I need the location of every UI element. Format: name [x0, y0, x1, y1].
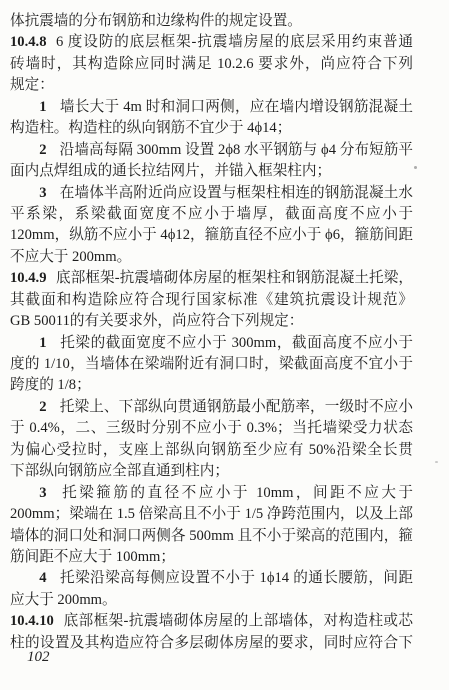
text-line: 规定：: [10, 75, 413, 96]
text-line: 于 0.4%，二、三级时分别不应小于 0.3%；当托墙梁受力状态: [10, 418, 413, 439]
item-number: 1: [39, 99, 46, 115]
text-line: 构造柱。构造柱的纵向钢筋不宜少于 4ϕ14；: [10, 118, 413, 139]
list-item-line: 4托梁沿梁高每侧应设置不小于 1ϕ14 的通长腰筋，间距不: [10, 568, 413, 589]
line-text: GB 50011的有关要求外，尚应符合下列规定：: [10, 313, 303, 329]
page-number: 102: [27, 649, 50, 666]
text-line: 平系梁，系梁截面宽度不应小于墙厚，截面高度不应小于: [10, 204, 413, 225]
item-number: 3: [39, 185, 46, 201]
text-line: 度的 1/10，当墙体在梁端附近有洞口时，梁截面高度不宜小于: [10, 354, 413, 375]
line-text: 在墙体半高附近尚应设置与框架柱相连的钢筋混凝土水: [60, 185, 413, 201]
line-text: 其截面和构造除应符合现行国家标准《建筑抗震设计规范》: [10, 292, 413, 308]
line-text: 托梁上、下部纵向贯通钢筋最小配筋率，一级时不应小: [60, 399, 413, 415]
section-number: 10.4.10: [10, 613, 54, 629]
line-text: 下部纵向钢筋应全部直通到柱内；: [10, 463, 229, 479]
item-number: 2: [39, 142, 46, 158]
text-line: 下部纵向钢筋应全部直通到柱内；: [10, 461, 413, 482]
list-item-line: 2沿墙高每隔 300mm 设置 2ϕ8 水平钢筋与 ϕ4 分布短筋平: [10, 140, 413, 161]
section-number: 10.4.8: [10, 34, 46, 50]
line-text: 规定：: [10, 77, 54, 93]
list-item-line: 3托梁箍筋的直径不应小于 10mm，间距不应大于: [10, 483, 413, 504]
line-text: 筋间距不应大于 100mm；: [10, 549, 175, 565]
list-item-line: 2托梁上、下部纵向贯通钢筋最小配筋率，一级时不应小: [10, 397, 413, 418]
line-text: 跨度的 1/8；: [10, 377, 91, 393]
line-text: 砖墙时，其构造除应同时满足 10.2.6 要求外，尚应符合下列: [10, 56, 413, 72]
text-line: 跨度的 1/8；: [10, 375, 413, 396]
text-line: 应大于 200mm。: [10, 590, 413, 611]
text-line: 200mm；梁端在 1.5 倍梁高且不小于 1/5 净跨范围内，以及上部: [10, 504, 413, 525]
section-number: 10.4.9: [10, 270, 46, 286]
line-text: 柱的设置及其构造应符合多层砌体房屋的要求，同时应符合下列: [10, 635, 413, 654]
line-text: 度的 1/10，当墙体在梁端附近有洞口时，梁截面高度不宜小于: [10, 356, 413, 372]
scan-speck: [435, 461, 438, 463]
line-text: 面内点焊组成的通长拉结网片，并锚入框架柱内；: [10, 163, 331, 179]
line-text: 为偏心受拉时，支座上部纵向钢筋至少应有 50%沿梁全长贯通，: [10, 442, 413, 461]
item-number: 3: [39, 485, 46, 501]
line-text: 构造柱。构造柱的纵向钢筋不宜少于 4ϕ14；: [10, 120, 291, 136]
line-text: 120mm，纵筋不应小于 4ϕ12，箍筋直径不应小于 ϕ6，箍筋间距: [10, 227, 413, 243]
line-text: 应大于 200mm。: [10, 592, 117, 608]
text-line: 其截面和构造除应符合现行国家标准《建筑抗震设计规范》: [10, 290, 413, 311]
list-item-line: 1墙长大于 4m 时和洞口两侧，应在墙内增设钢筋混凝土: [10, 97, 413, 118]
line-text: 底部框架-抗震墙砌体房屋的框架柱和钢筋混凝土托梁，: [56, 270, 413, 286]
text-line: 面内点焊组成的通长拉结网片，并锚入框架柱内；: [10, 161, 413, 182]
line-text: 托梁沿梁高每侧应设置不小于 1ϕ14 的通长腰筋，间距不: [10, 570, 413, 589]
text-line: 砖墙时，其构造除应同时满足 10.2.6 要求外，尚应符合下列: [10, 54, 413, 75]
document-page: 体抗震墙的分布钢筋和边缘构件的规定设置。 10.4.86 度设防的底层框架-抗震…: [0, 0, 449, 690]
line-text: 墙长大于 4m 时和洞口两侧，应在墙内增设钢筋混凝土: [60, 99, 413, 115]
line-text: 不应大于 200mm。: [10, 249, 131, 265]
list-item-line: 1托梁的截面宽度不应小于 300mm，截面高度不应小于跨: [10, 333, 413, 354]
line-text: 于 0.4%，二、三级时分别不应小于 0.3%；当托墙梁受力状态: [10, 420, 413, 436]
text-column: 体抗震墙的分布钢筋和边缘构件的规定设置。 10.4.86 度设防的底层框架-抗震…: [10, 11, 413, 654]
section-10-4-9-line: 10.4.9底部框架-抗震墙砌体房屋的框架柱和钢筋混凝土托梁，: [10, 268, 413, 289]
line-text: 体抗震墙的分布钢筋和边缘构件的规定设置。: [10, 13, 302, 29]
line-text: 托梁箍筋的直径不应小于 10mm，间距不应大于: [60, 485, 413, 501]
text-line: 墙体的洞口处和洞口两侧各 500mm 且不小于梁高的范围内，箍: [10, 526, 413, 547]
item-number: 4: [39, 570, 46, 586]
text-line: 筋间距不应大于 100mm；: [10, 547, 413, 568]
line-text: 墙体的洞口处和洞口两侧各 500mm 且不小于梁高的范围内，箍: [10, 528, 413, 544]
scan-speck: [414, 166, 417, 169]
text-line: 体抗震墙的分布钢筋和边缘构件的规定设置。: [10, 11, 413, 32]
text-line: GB 50011的有关要求外，尚应符合下列规定：: [10, 311, 413, 332]
line-text: 200mm；梁端在 1.5 倍梁高且不小于 1/5 净跨范围内，以及上部: [10, 506, 413, 522]
item-number: 2: [39, 399, 46, 415]
section-10-4-10-line: 10.4.10底部框架-抗震墙砌体房屋的上部墙体，对构造柱或芯: [10, 611, 413, 632]
text-line: 柱的设置及其构造应符合多层砌体房屋的要求，同时应符合下列: [10, 633, 413, 654]
text-line: 120mm，纵筋不应小于 4ϕ12，箍筋直径不应小于 ϕ6，箍筋间距: [10, 225, 413, 246]
line-text: 沿墙高每隔 300mm 设置 2ϕ8 水平钢筋与 ϕ4 分布短筋平: [60, 142, 413, 158]
line-text: 底部框架-抗震墙砌体房屋的上部墙体，对构造柱或芯: [63, 613, 413, 629]
text-line: 不应大于 200mm。: [10, 247, 413, 268]
text-line: 为偏心受拉时，支座上部纵向钢筋至少应有 50%沿梁全长贯通，: [10, 440, 413, 461]
line-text: 托梁的截面宽度不应小于 300mm，截面高度不应小于跨: [10, 335, 413, 354]
item-number: 1: [39, 335, 46, 351]
line-text: 平系梁，系梁截面宽度不应小于墙厚，截面高度不应小于: [10, 206, 413, 222]
line-text: 6 度设防的底层框架-抗震墙房屋的底层采用约束普通: [56, 34, 413, 50]
list-item-line: 3在墙体半高附近尚应设置与框架柱相连的钢筋混凝土水: [10, 183, 413, 204]
section-10-4-8-line: 10.4.86 度设防的底层框架-抗震墙房屋的底层采用约束普通: [10, 32, 413, 53]
